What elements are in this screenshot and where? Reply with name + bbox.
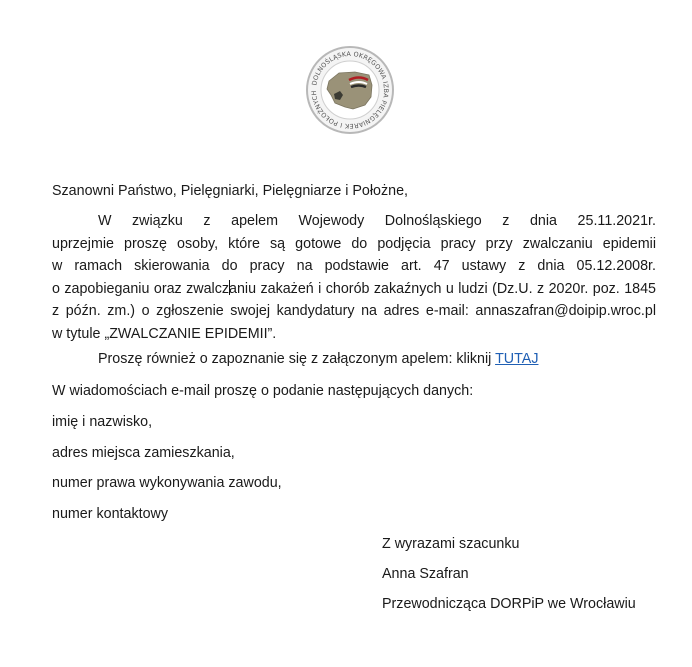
required-field-item: adres miejsca zamieszkania, bbox=[52, 442, 235, 464]
salutation: Szanowni Państwo, Pielęgniarki, Pielęgni… bbox=[52, 180, 408, 202]
paragraph-line: o zapobieganiu oraz zwalczaniu zakażeń i… bbox=[52, 278, 656, 301]
closing: Z wyrazami szacunku bbox=[382, 533, 519, 555]
required-field-item: imię i nazwisko, bbox=[52, 411, 152, 433]
attachment-text: Proszę również o zapoznanie się z załącz… bbox=[98, 351, 495, 367]
request-intro: W wiadomościach e-mail proszę o podanie … bbox=[52, 380, 473, 402]
text-fragment: aniu zakażeń i chorób zakaźnych u ludzi … bbox=[229, 281, 656, 297]
signer-name: Anna Szafran bbox=[382, 563, 469, 585]
organization-logo: DOLNOŚLĄSKA OKRĘGOWA IZBA PIELĘGNIAREK I… bbox=[305, 45, 395, 135]
logo-emblem-icon: DOLNOŚLĄSKA OKRĘGOWA IZBA PIELĘGNIAREK I… bbox=[305, 45, 395, 135]
paragraph-line: w tytule „ZWALCZANIE EPIDEMII”. bbox=[52, 323, 656, 346]
paragraph-request: W związku z apelem Wojewody Dolnośląskie… bbox=[52, 210, 656, 345]
paragraph-line: z późn. zm.) o zgłoszenie swojej kandyda… bbox=[52, 300, 656, 323]
required-field-item: numer prawa wykonywania zawodu, bbox=[52, 472, 282, 494]
signer-title: Przewodnicząca DORPiP we Wrocławiu bbox=[382, 593, 636, 615]
attachment-link[interactable]: TUTAJ bbox=[495, 351, 538, 367]
text-fragment: o zapobieganiu oraz zwalcz bbox=[52, 281, 229, 297]
paragraph-attachment: Proszę również o zapoznanie się z załącz… bbox=[98, 348, 538, 370]
paragraph-line: w ramach skierowania do pracy na podstaw… bbox=[52, 255, 656, 278]
paragraph-line: W związku z apelem Wojewody Dolnośląskie… bbox=[52, 210, 656, 233]
paragraph-line: uprzejmie proszę osoby, które są gotowe … bbox=[52, 233, 656, 256]
required-field-item: numer kontaktowy bbox=[52, 503, 168, 525]
